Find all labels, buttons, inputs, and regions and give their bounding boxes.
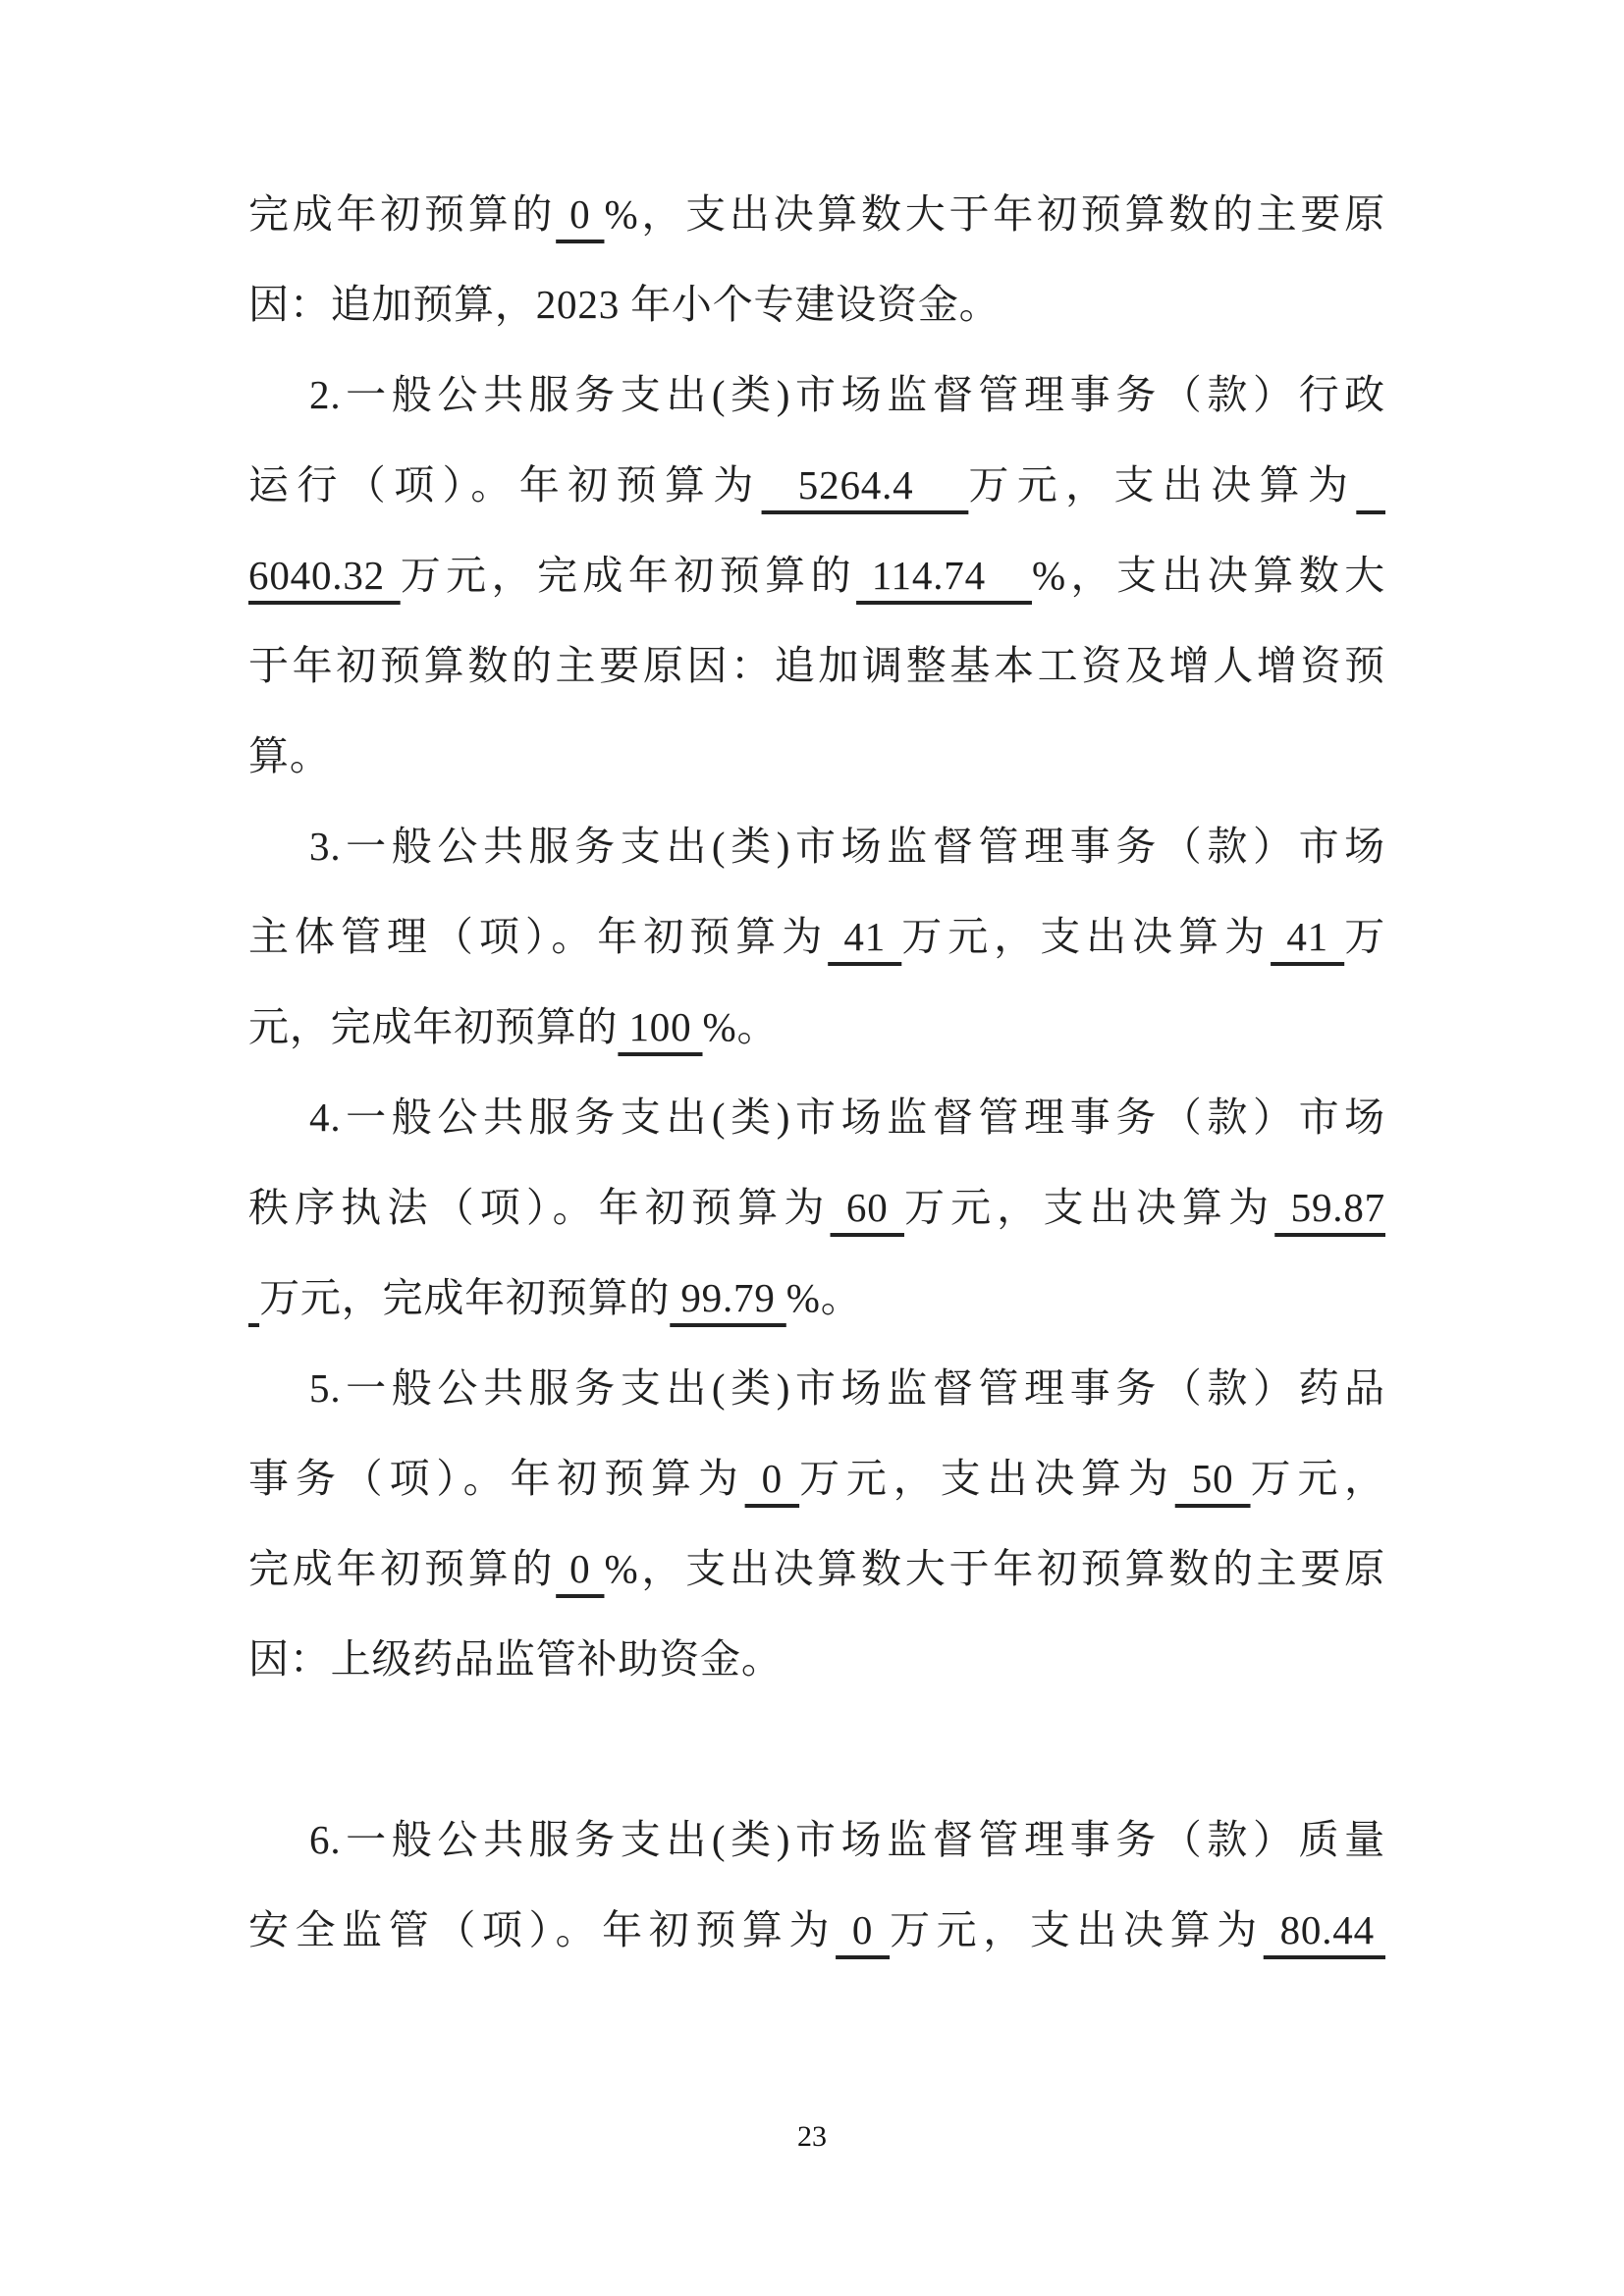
text-segment: 万元，完成年初预算的 [259,1275,670,1320]
underlined-value: 0 [556,191,604,237]
text-line: 主体管理（项）。年初预算为 41 万元，支出决算为 41 万 [248,891,1385,982]
text-segment: 万元， [1251,1456,1385,1501]
text-segment: %，支出决算数大 [1032,553,1385,598]
text-segment: 事务（项）。年初预算为 [248,1456,745,1501]
text-segment: 于年初预算数的主要原因：追加调整基本工资及增人增资预 [248,643,1385,688]
text-segment: %。 [703,1004,779,1049]
text-segment: 算。 [248,733,331,778]
underlined-value: 99.79 [670,1275,786,1320]
text-line: 安全监管（项）。年初预算为 0 万元，支出决算为 80.44 [248,1885,1385,1975]
text-line: 4.一般公共服务支出(类)市场监督管理事务（款）市场 [248,1072,1385,1162]
text-line: 于年初预算数的主要原因：追加调整基本工资及增人增资预 [248,620,1385,711]
page-number: 23 [0,2120,1624,2154]
underlined-value: 80.44 [1264,1907,1385,1952]
underlined-value: 41 [1271,914,1344,959]
underlined-value: 41 [828,914,901,959]
underlined-value: 50 [1175,1456,1251,1501]
underlined-value: 100 [618,1004,702,1049]
underlined-value: 0 [836,1907,890,1952]
text-segment: 因：上级药品监管补助资金。 [248,1636,783,1682]
underlined-value: 59.87 [1274,1185,1385,1230]
text-line: 事务（项）。年初预算为 0 万元，支出决算为 50 万元， [248,1433,1385,1523]
text-line: 5.一般公共服务支出(类)市场监督管理事务（款）药品 [248,1343,1385,1433]
text-line: 运行（项）。年初预算为 5264.4 万元，支出决算为 [248,440,1385,530]
underlined-value: 5264.4 [762,462,969,507]
text-segment: 元，完成年初预算的 [248,1004,618,1049]
text-segment: 2.一般公共服务支出(类)市场监督管理事务（款）行政 [309,372,1385,417]
underlined-value: 114.74 [856,553,1032,598]
underlined-value [248,1275,259,1320]
blank-line [248,1704,1385,1794]
text-segment: 万元，支出决算为 [901,914,1271,959]
underlined-value: 60 [831,1185,904,1230]
document-body: 完成年初预算的 0 %，支出决算数大于年初预算数的主要原因：追加预算，2023 … [248,169,1385,1975]
text-line: 6040.32 万元，完成年初预算的 114.74 %，支出决算数大 [248,530,1385,620]
text-line: 完成年初预算的 0 %，支出决算数大于年初预算数的主要原 [248,1523,1385,1614]
underlined-value: 6040.32 [248,553,401,598]
text-segment: 秩序执法（项）。年初预算为 [248,1185,831,1230]
text-segment: %，支出决算数大于年初预算数的主要原 [604,191,1385,237]
text-line: 2.一般公共服务支出(类)市场监督管理事务（款）行政 [248,349,1385,440]
underlined-value [1356,462,1385,507]
text-line: 完成年初预算的 0 %，支出决算数大于年初预算数的主要原 [248,169,1385,259]
text-line: 万元，完成年初预算的 99.79 %。 [248,1253,1385,1343]
text-line: 因：上级药品监管补助资金。 [248,1614,1385,1704]
text-line: 秩序执法（项）。年初预算为 60 万元，支出决算为 59.87 [248,1162,1385,1253]
text-segment: 因：追加预算，2023 年小个专建设资金。 [248,282,1000,327]
text-line: 算。 [248,711,1385,801]
text-line: 元，完成年初预算的 100 %。 [248,982,1385,1072]
text-segment: 6.一般公共服务支出(类)市场监督管理事务（款）质量 [309,1817,1385,1862]
text-segment: 4.一般公共服务支出(类)市场监督管理事务（款）市场 [309,1095,1385,1140]
text-line: 因：追加预算，2023 年小个专建设资金。 [248,259,1385,349]
text-segment: 安全监管（项）。年初预算为 [248,1907,836,1952]
text-segment: 3.一般公共服务支出(类)市场监督管理事务（款）市场 [309,824,1385,869]
text-segment: 主体管理（项）。年初预算为 [248,914,828,959]
text-segment: %，支出决算数大于年初预算数的主要原 [604,1546,1385,1591]
text-segment: 万元，完成年初预算的 [401,553,856,598]
text-segment: 运行（项）。年初预算为 [248,462,762,507]
underlined-value: 0 [745,1456,799,1501]
text-segment: 5.一般公共服务支出(类)市场监督管理事务（款）药品 [309,1365,1385,1411]
text-segment: 万元，支出决算为 [890,1907,1264,1952]
text-segment: 万元，支出决算为 [904,1185,1274,1230]
underlined-value: 0 [556,1546,604,1591]
text-line: 3.一般公共服务支出(类)市场监督管理事务（款）市场 [248,801,1385,891]
text-segment: 完成年初预算的 [248,191,556,237]
document-page: 完成年初预算的 0 %，支出决算数大于年初预算数的主要原因：追加预算，2023 … [0,0,1624,2296]
text-segment: 万元，支出决算为 [968,462,1356,507]
text-segment: 万 [1344,914,1385,959]
text-segment: %。 [786,1275,862,1320]
text-segment: 万元，支出决算为 [799,1456,1175,1501]
text-line: 6.一般公共服务支出(类)市场监督管理事务（款）质量 [248,1794,1385,1885]
text-segment: 完成年初预算的 [248,1546,556,1591]
